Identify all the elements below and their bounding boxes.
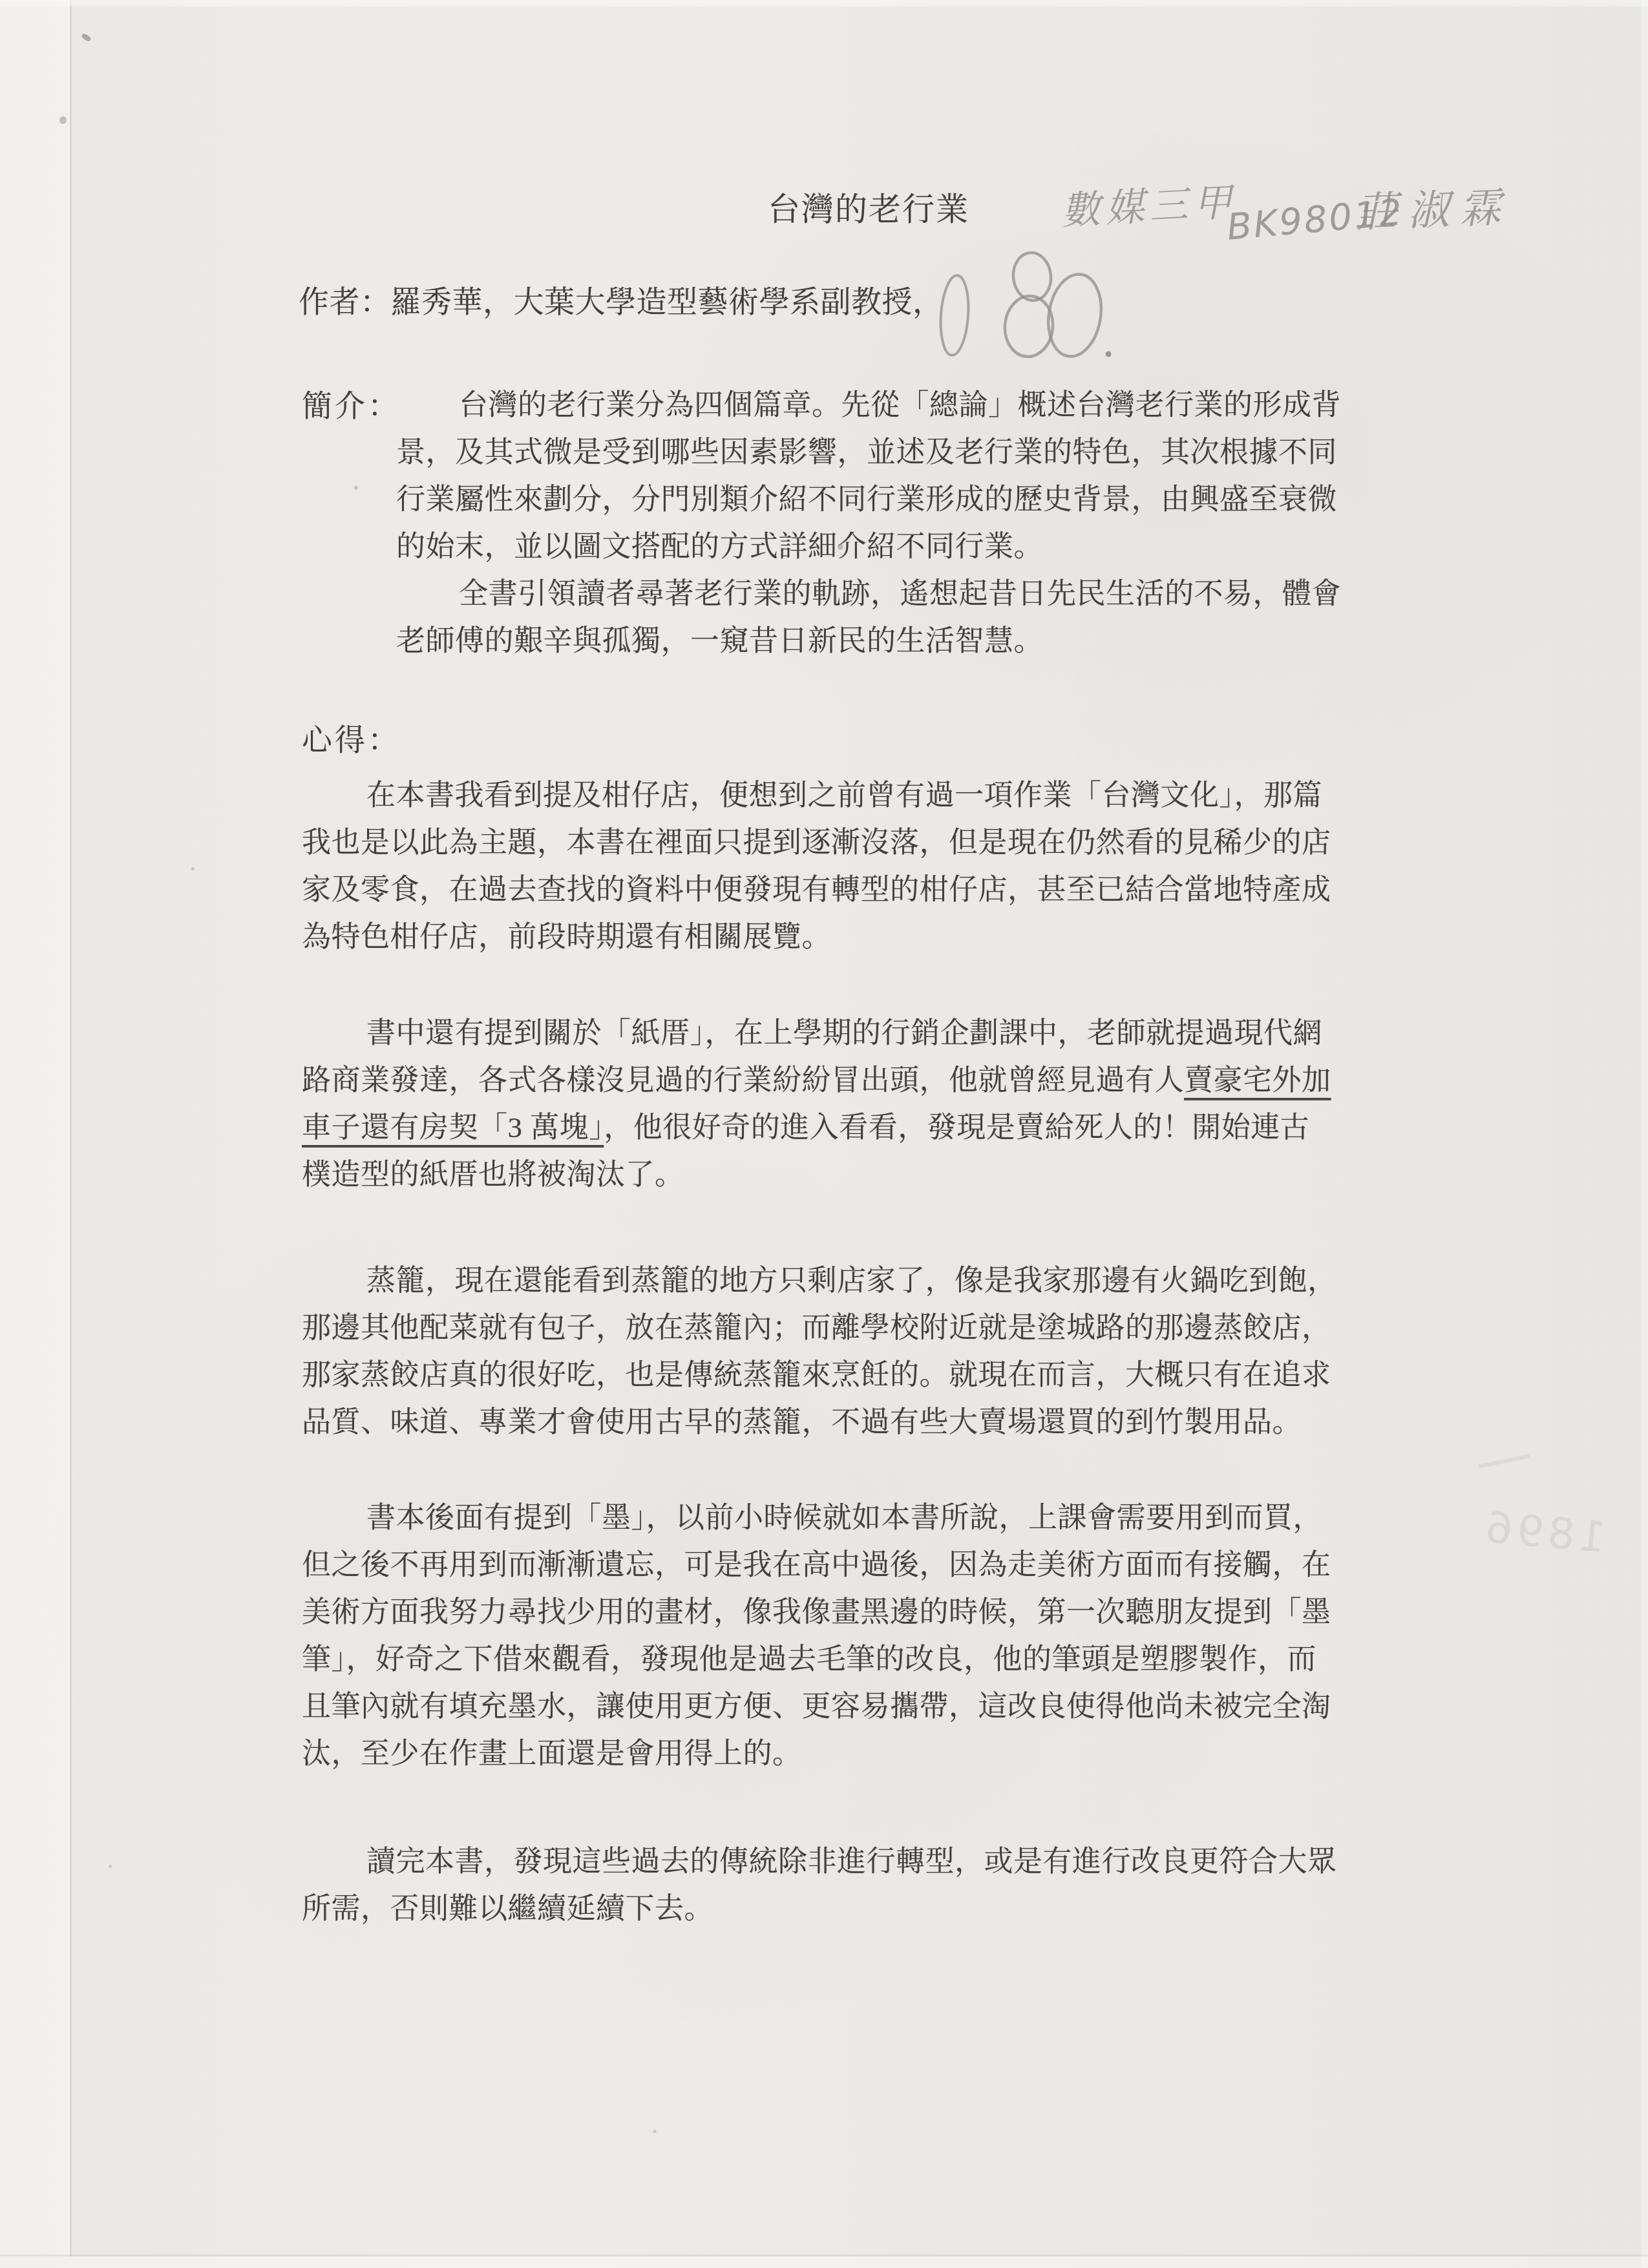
- paper-speck: [81, 33, 92, 43]
- paragraph-text: 蒸籠，現在還能看到蒸籠的地方只剩店家了，像是我家那邊有火鍋吃到飽，那邊其他配菜就…: [302, 1257, 1337, 1446]
- bleed-through-text: 1896: [1436, 1498, 1608, 1562]
- review-label: 心得：: [302, 716, 401, 759]
- intro-text: 台灣的老行業分為四個篇章。先從「總論」概述台灣老行業的形成背景，及其式微是受到哪…: [396, 382, 1341, 665]
- bleed-through-smudge: [1479, 1454, 1534, 1485]
- scan-bottom-edge: [0, 2256, 1648, 2268]
- paper-speck: [653, 2130, 657, 2133]
- handwritten-class-name: 數媒三甲: [1060, 171, 1238, 236]
- paper-speck: [191, 867, 195, 870]
- paper-speck: [838, 544, 843, 550]
- pencil-oval-mark: [935, 270, 974, 361]
- paper-speck: [59, 116, 67, 124]
- scan-left-edge: [0, 0, 70, 2268]
- paper-bottom-seam: [0, 2254, 1648, 2256]
- handwritten-student-name: 莊淑霖: [1355, 174, 1512, 239]
- paper-speck: [354, 486, 358, 490]
- scanned-document-page: 台灣的老行業 數媒三甲 BK98012 莊淑霖 作者：羅秀華，大葉大學造型藝術學…: [0, 0, 1648, 2268]
- paragraph-text: 讀完本書，發現這些過去的傳統除非進行轉型，或是有進行改良更符合大眾所需，否則難以…: [302, 1838, 1337, 1933]
- scan-top-edge: [0, 0, 1648, 6]
- handwritten-grade-80: 80: [998, 246, 1128, 375]
- document-title: 台灣的老行業: [768, 184, 969, 230]
- paragraph-text: 在本書我看到提及柑仔店，便想到之前曾有過一項作業「台灣文化」，那篇我也是以此為主…: [302, 772, 1331, 961]
- paragraph-text: 書本後面有提到「墨」，以前小時候就如本書所說，上課會需要用到而買，但之後不再用到…: [302, 1495, 1331, 1778]
- author-line: 作者：羅秀華，大葉大學造型藝術學系副教授，: [299, 278, 944, 321]
- paper-fold-seam: [70, 0, 72, 2268]
- paper-speck: [109, 1865, 112, 1868]
- paragraph-text: 書中還有提到關於「紙厝」，在上學期的行銷企劃課中，老師就提過現代網路商業發達，各…: [302, 1010, 1331, 1199]
- scan-right-edge: [1642, 0, 1648, 2268]
- intro-label: 簡介：: [302, 382, 401, 425]
